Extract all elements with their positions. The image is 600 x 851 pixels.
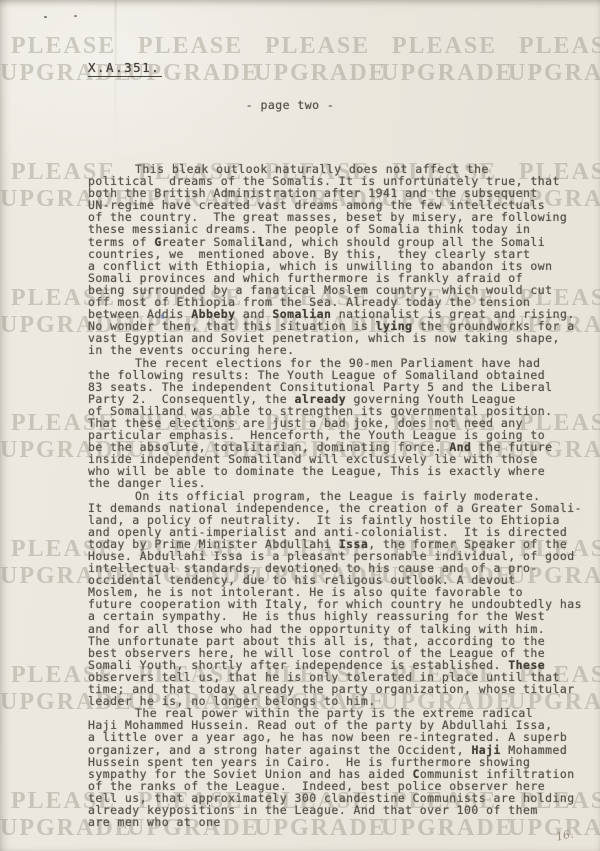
document-reference: X.A.351. [88,60,162,77]
watermark-text: PLEASEUPGRADE [508,33,600,87]
handwritten-page-number: 16. [555,827,575,843]
watermark-text: PLEASEUPGRADE [381,33,508,87]
text-line: are men who at one [88,816,582,828]
paper-speck [74,15,77,17]
watermark-text: PLEASEUPGRADE [254,33,381,87]
document-body: This bleak outlook naturally does not af… [88,163,582,828]
page-label: - page two - [0,98,580,112]
blue-ink-dot [161,314,164,319]
scanned-document-page: PLEASEUPGRADEPLEASEUPGRADEPLEASEUPGRADEP… [0,0,600,851]
paper-speck [44,16,47,18]
